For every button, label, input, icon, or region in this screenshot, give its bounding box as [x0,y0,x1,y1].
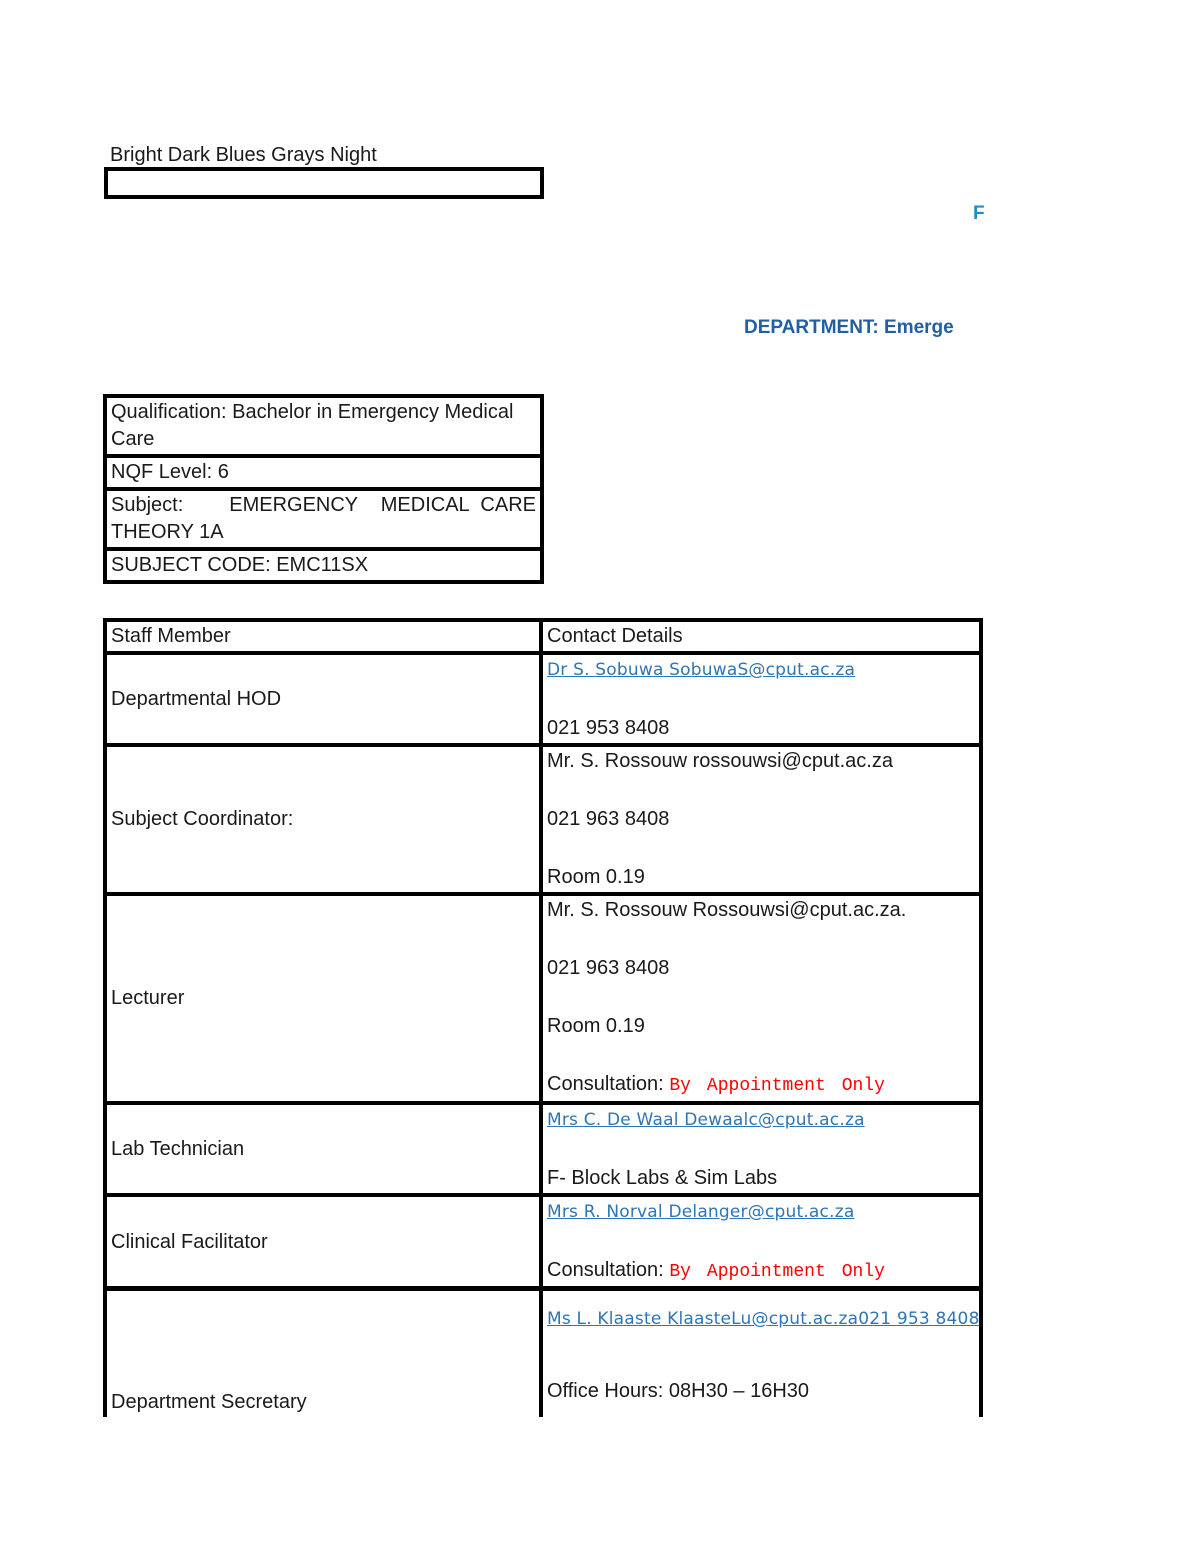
contact-cell: Mr. S. Rossouw rossouwsi@cput.ac.za 021 … [541,745,981,894]
lab-technician-email-link[interactable]: Mrs C. De Waal Dewaalc@cput.ac.za [547,1110,865,1130]
lecturer-contact-text: Mr. S. Rossouw Rossouwsi@cput.ac.za. [547,896,975,925]
table-row: Departmental HOD Dr S. Sobuwa SobuwaS@cp… [105,653,981,745]
consultation-value: ByAppointmentOnly [669,1262,901,1282]
contact-cell: Mrs C. De Waal Dewaalc@cput.ac.za F- Blo… [541,1103,981,1195]
consultation-line: Consultation: ByAppointmentOnly [547,1070,975,1101]
secretary-email-link[interactable]: Ms L. Klaaste KlaasteLu@cput.ac.za021 95… [547,1309,980,1329]
contact-cell: Dr S. Sobuwa SobuwaS@cput.ac.za 021 953 … [541,653,981,745]
table-row: Subject Coordinator: Mr. S. Rossouw ross… [105,745,981,894]
table-row: Clinical Facilitator Mrs R. Norval Delan… [105,1195,981,1289]
office-hours-text: Office Hours: 08H30 – 16H30 [547,1377,975,1406]
contact-cell: Ms L. Klaaste KlaasteLu@cput.ac.za021 95… [541,1288,981,1417]
phone-text: 021 963 8408 [547,805,975,834]
contact-cell: Mr. S. Rossouw Rossouwsi@cput.ac.za. 021… [541,894,981,1103]
table-row: Department Secretary Ms L. Klaaste Klaas… [105,1288,981,1417]
table-header-row: Staff Member Contact Details [105,620,981,653]
consultation-value: ByAppointmentOnly [669,1076,901,1096]
hod-email-link[interactable]: Dr S. Sobuwa SobuwaS@cput.ac.za [547,660,855,680]
room-text: Room 0.19 [547,863,975,892]
secretary-table: Department Secretary Ms L. Klaaste Klaas… [103,1286,983,1417]
theme-selector-input[interactable] [104,167,544,199]
subject-cell: Subject: EMERGENCY MEDICAL CARE THEORY 1… [105,489,542,549]
role-cell: Lab Technician [105,1103,541,1195]
coordinator-contact-text: Mr. S. Rossouw rossouwsi@cput.ac.za [547,747,975,776]
role-cell: Subject Coordinator: [105,745,541,894]
department-heading: DEPARTMENT: Emerge [744,316,982,340]
header-staff-member: Staff Member [105,620,541,653]
table-row: Lab Technician Mrs C. De Waal Dewaalc@cp… [105,1103,981,1195]
role-cell: Departmental HOD [105,653,541,745]
consultation-label: Consultation: [547,1259,664,1281]
location-text: F- Block Labs & Sim Labs [547,1164,975,1193]
contact-cell: Mrs R. Norval Delanger@cput.ac.za Consul… [541,1195,981,1289]
role-cell: Lecturer [105,894,541,1103]
qualification-cell: Qualification: Bachelor in Emergency Med… [105,396,542,456]
consultation-line: Consultation: ByAppointmentOnly [547,1256,975,1287]
room-text: Room 0.19 [547,1012,975,1041]
table-row: Lecturer Mr. S. Rossouw Rossouwsi@cput.a… [105,894,981,1103]
role-cell: Clinical Facilitator [105,1195,541,1289]
phone-text: 021 953 8408 [547,714,975,743]
nqf-level-cell: NQF Level: 6 [105,456,542,489]
clinical-facilitator-email-link[interactable]: Mrs R. Norval Delanger@cput.ac.za [547,1202,854,1222]
staff-contact-table: Staff Member Contact Details Departmenta… [103,618,983,1291]
subject-code-cell: SUBJECT CODE: EMC11SX [105,549,542,582]
subject-info-table: Qualification: Bachelor in Emergency Med… [103,394,544,584]
consultation-label: Consultation: [547,1073,664,1095]
role-cell: Department Secretary [105,1288,541,1417]
faculty-heading: F [973,202,985,226]
phone-text: 021 963 8408 [547,954,975,983]
theme-selector-label: Bright Dark Blues Grays Night [110,143,377,167]
header-contact-details: Contact Details [541,620,981,653]
